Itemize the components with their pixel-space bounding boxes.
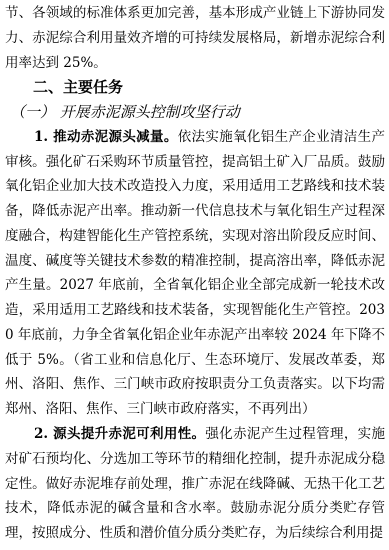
subsection-heading-source-control-action: （一） 开展赤泥源头控制攻坚行动 [5, 100, 385, 125]
numbered-paragraph-1-body: 依法实施氧化铝生产企业清洁生产审核。强化矿石采购环节质量管控，提高铝土矿入厂品质… [5, 129, 385, 417]
document-page: 节、各领域的标准体系更加完善，基本形成产业链上下游协同发力、赤泥综合利用量效齐增… [0, 0, 389, 550]
numbered-paragraph-1: 1. 推动赤泥源头减量。依法实施氧化铝生产企业清洁生产审核。强化矿石采购环节质量… [5, 125, 385, 422]
section-heading-main-tasks: 二、主要任务 [5, 75, 385, 100]
numbered-paragraph-2: 2. 源头提升赤泥可利用性。强化赤泥产生过程管理，实施对矿石预均化、分选加工等环… [5, 422, 385, 546]
numbered-paragraph-1-lead: 1. 推动赤泥源头减量。 [34, 129, 178, 145]
paragraph-continuation: 节、各领域的标准体系更加完善，基本形成产业链上下游协同发力、赤泥综合利用量效齐增… [5, 1, 385, 75]
numbered-paragraph-2-lead: 2. 源头提升赤泥可利用性。 [34, 426, 205, 442]
numbered-paragraph-2-body: 强化赤泥产生过程管理，实施对矿石预均化、分选加工等环节的精细化控制，提升赤泥成分… [5, 426, 385, 541]
